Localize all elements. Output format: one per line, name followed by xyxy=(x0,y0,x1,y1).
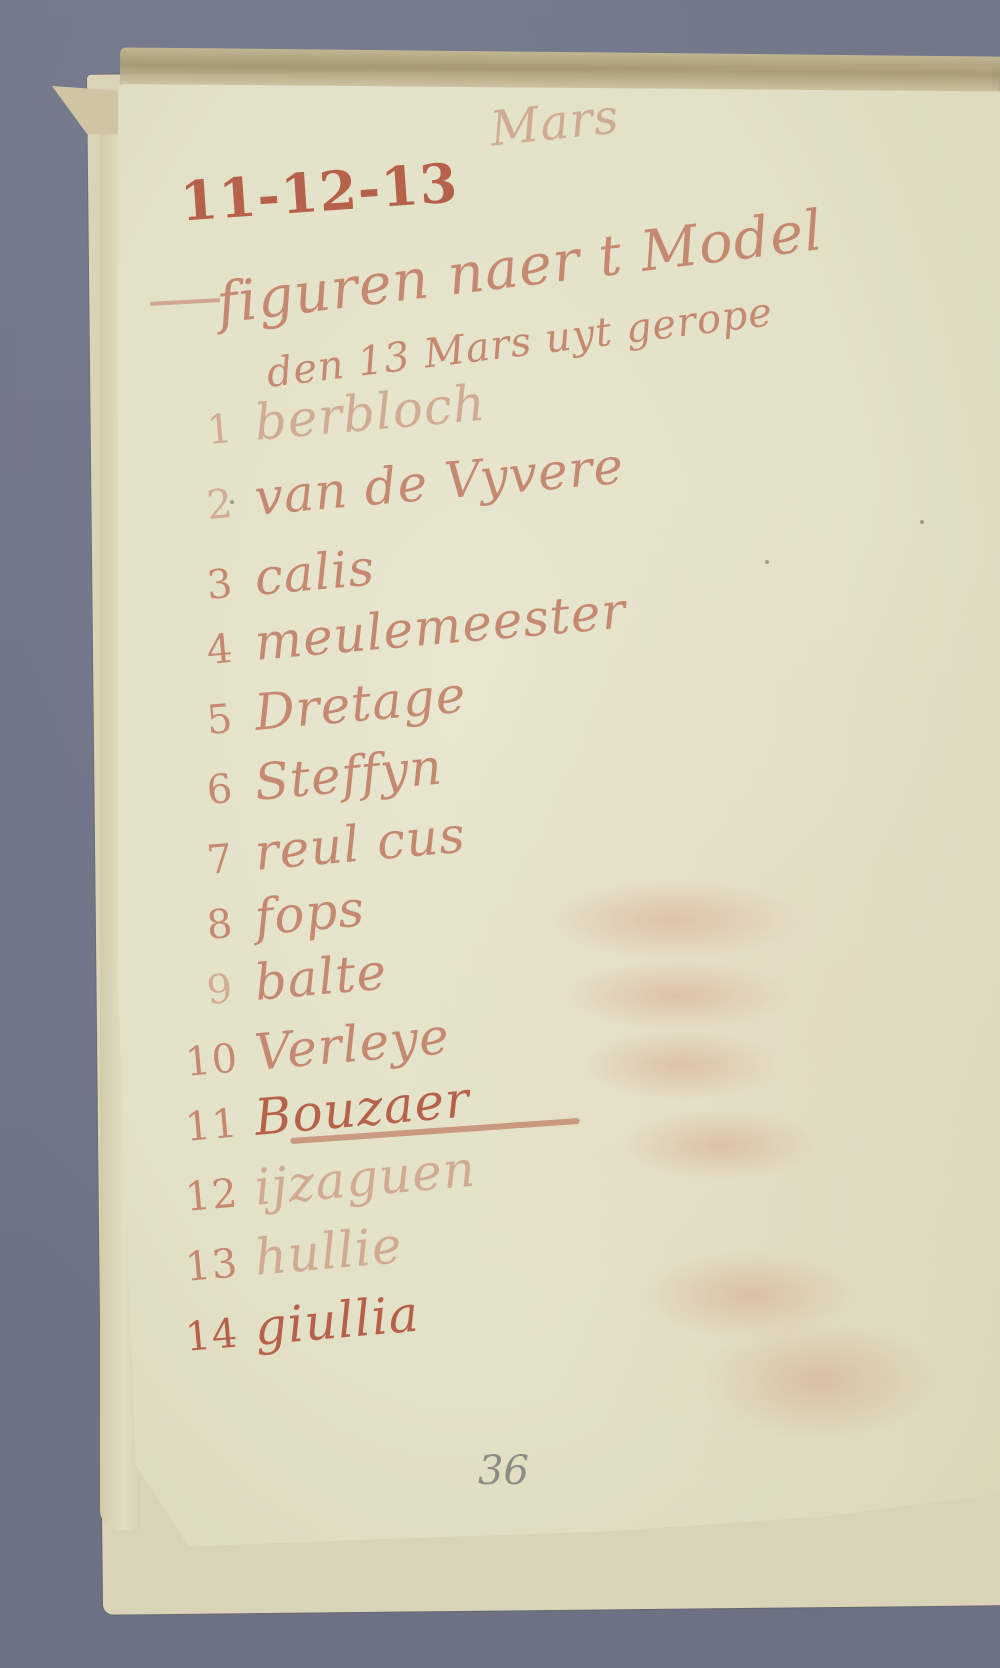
entry-number: 6 xyxy=(183,766,235,816)
entry-number: 5 xyxy=(183,696,235,746)
entry-number: 9 xyxy=(183,966,235,1016)
entry-number: 2 xyxy=(183,481,235,531)
entry-number: 8 xyxy=(183,901,235,951)
entry-name: calis xyxy=(252,539,377,607)
entry-number: 14 xyxy=(183,1311,235,1361)
ink-smudge xyxy=(560,960,790,1030)
entry-number: 4 xyxy=(183,626,235,676)
ink-smudge xyxy=(580,1030,780,1100)
ink-smudge xyxy=(620,1110,820,1180)
entry-number: 13 xyxy=(183,1241,235,1291)
folio-number: 36 xyxy=(478,1448,529,1494)
paper-speck xyxy=(920,520,924,524)
ink-smudge xyxy=(700,1320,940,1440)
entry-number: 3 xyxy=(183,561,235,611)
entry-name: balte xyxy=(252,942,389,1011)
entry-number: 12 xyxy=(183,1171,235,1221)
entry-number: 10 xyxy=(183,1036,235,1086)
ink-smudge xyxy=(540,880,800,960)
entry-name: fops xyxy=(252,879,367,946)
entry-number: 11 xyxy=(183,1101,235,1151)
entry-number: 1 xyxy=(183,406,235,456)
paper-speck xyxy=(765,560,769,564)
entry-number: 7 xyxy=(183,836,235,886)
